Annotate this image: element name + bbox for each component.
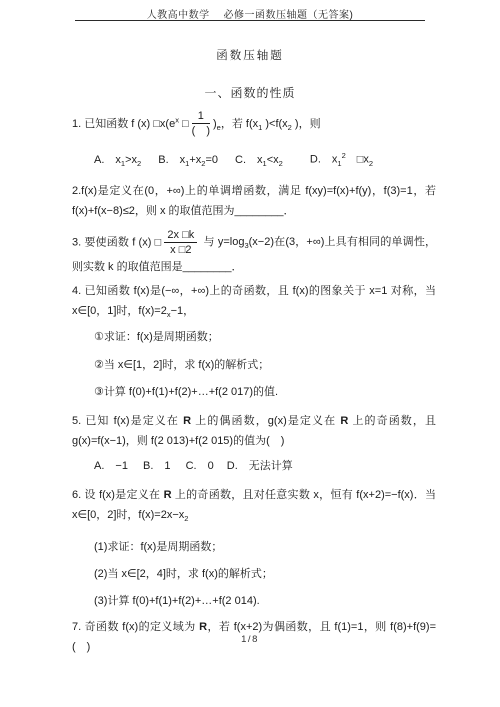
fraction-numerator: 1: [192, 110, 210, 124]
question-3: 3. 要使函数 f (x) □2x □kx □2 与 y=log3(x−2)在(…: [72, 229, 436, 277]
option-b: B. 1: [143, 458, 171, 474]
option-c: C. 0: [186, 458, 214, 474]
question-6-sub-1: (1)求证：f(x)是周期函数；: [94, 537, 434, 557]
question-4-sub-2: ②当 x∈[1，2]时，求 f(x)的解析式；: [94, 355, 434, 375]
option-d: D. 无法计算: [227, 458, 293, 474]
question-1-text-pre: 1. 已知函数 f (x) □x(ex □: [72, 118, 189, 130]
question-6-sub-3: (3)计算 f(0)+f(1)+f(2)+…+f(2 014).: [94, 591, 434, 611]
document-page: 人教高中数学 必修一函数压轴题（无答案) 函数压轴题 一、函数的性质 1. 已知…: [0, 0, 500, 707]
question-3-fraction: 2x □kx □2: [164, 229, 197, 256]
page-number: 1/8: [0, 634, 500, 645]
option-d: D. x12 □x2: [310, 148, 373, 172]
fraction-denominator: x □2: [164, 243, 197, 256]
question-5: 5. 已知 f(x)是定义在 R 上的偶函数，g(x)是定义在 R 上的奇函数，…: [72, 411, 436, 451]
question-5-options: A. −1 B. 1 C. 0 D. 无法计算: [94, 458, 434, 474]
option-a: A. −1: [94, 458, 128, 474]
question-1: 1. 已知函数 f (x) □x(ex □1( ))e，若 f(x1 )<f(x…: [72, 110, 436, 138]
document-title: 函数压轴题: [0, 47, 500, 63]
question-1-text-post: )e，若 f(x1 )<f(x2 )，则: [213, 118, 321, 130]
question-1-fraction: 1( ): [192, 110, 210, 137]
page-header-title: 人教高中数学 必修一函数压轴题（无答案): [0, 6, 500, 21]
question-1-options: A. x1>x2 B. x1+x2=0 C. x1<x2 D. x12 □x2: [94, 148, 434, 172]
question-2: 2.f(x)是定义在(0，+∞)上的单调增函数，满足 f(xy)=f(x)+f(…: [72, 181, 436, 221]
option-c: C. x1<x2: [235, 152, 283, 172]
question-4-sub-3: ③计算 f(0)+f(1)+f(2)+…+f(2 017)的值.: [94, 382, 434, 402]
section-title: 一、函数的性质: [0, 84, 500, 101]
header-rule: [75, 20, 425, 21]
fraction-denominator: ( ): [192, 124, 210, 137]
option-b: B. x1+x2=0: [158, 152, 218, 172]
option-a: A. x1>x2: [94, 152, 141, 172]
question-4: 4. 已知函数 f(x)是(−∞，+∞)上的奇函数，且 f(x)的图象关于 x=…: [72, 281, 436, 325]
question-4-sub-1: ①求证：f(x)是周期函数；: [94, 327, 434, 347]
fraction-numerator: 2x □k: [164, 229, 197, 243]
question-6-sub-2: (2)当 x∈[2，4]时，求 f(x)的解析式；: [94, 564, 434, 584]
question-3-text-pre: 3. 要使函数 f (x) □: [72, 236, 161, 248]
question-6: 6. 设 f(x)是定义在 R 上的奇函数，且对任意实数 x，恒有 f(x+2)…: [72, 485, 436, 529]
